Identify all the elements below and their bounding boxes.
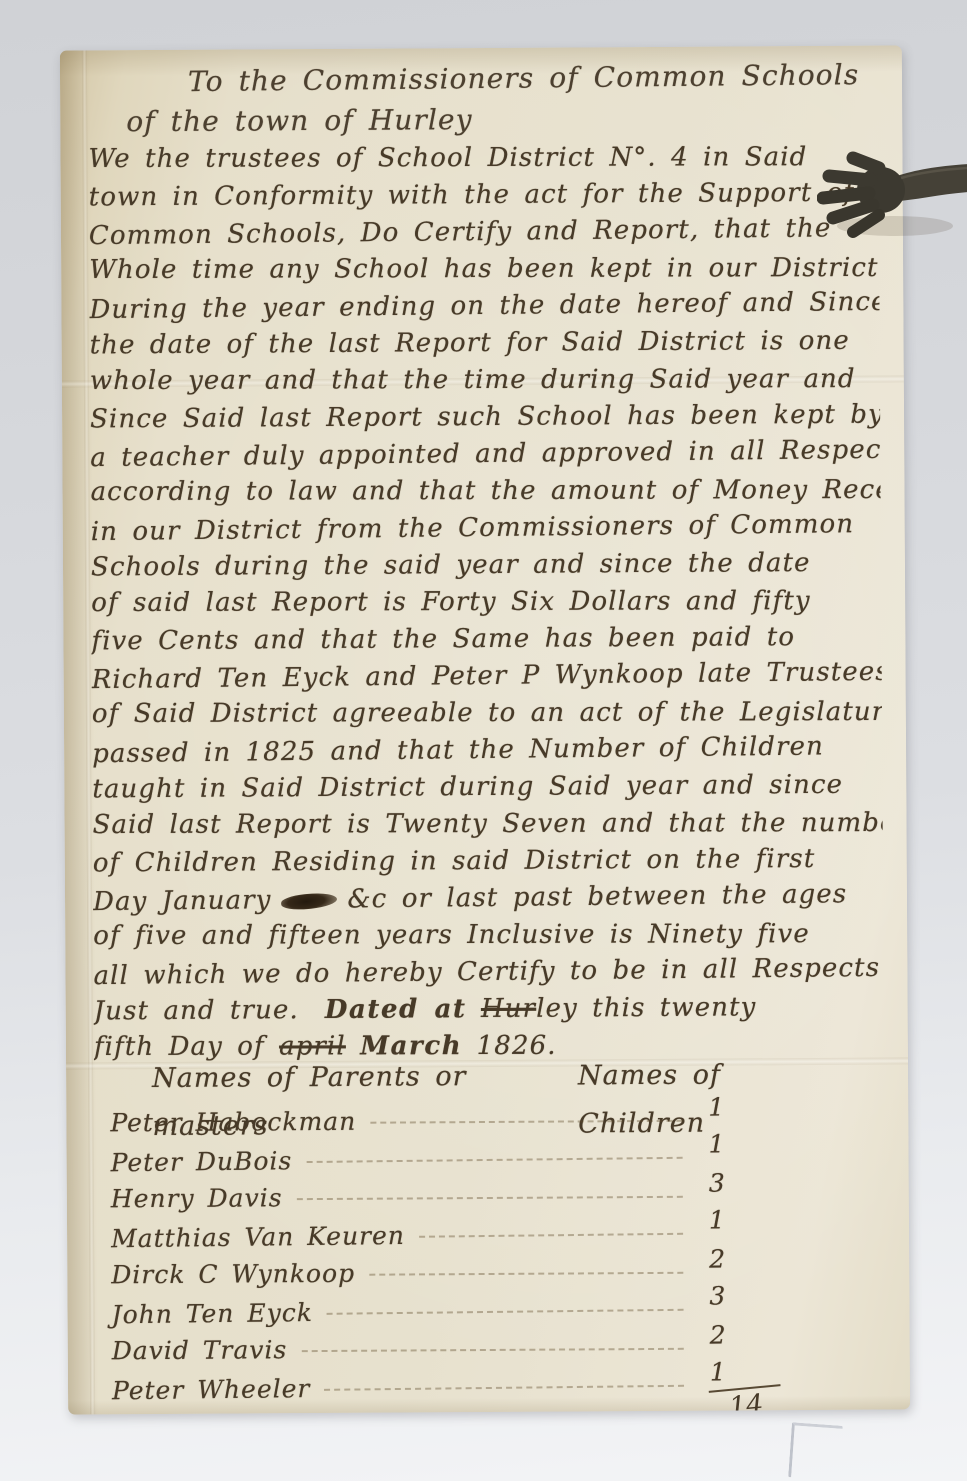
letter-line: Common Schools, Do Certify and Report, t… (89, 210, 879, 255)
dated-at-text: Dated at (325, 994, 467, 1025)
letter-line: taught in Said District during Said year… (92, 767, 882, 809)
parent-name: Peter Wheeler (96, 1374, 311, 1405)
closing-text: this twenty (592, 992, 756, 1023)
letter-line: of five and fifteen years Inclusive is N… (93, 916, 883, 955)
letter-line: Whole time any School has been kept in o… (89, 250, 879, 289)
children-count: 3 (697, 1279, 879, 1310)
dash-leader (327, 1309, 684, 1315)
letter-line: whole year and that the time during Said… (90, 361, 880, 400)
letter-line: of said last Report is Forty Six Dollars… (91, 583, 881, 622)
children-count: 1 (696, 1127, 878, 1158)
letter-line: a teacher duly appointed and approved in… (90, 432, 880, 477)
photo-background: To the Commissioners of Common Schools o… (0, 0, 967, 1481)
letter-line-text: &c or last past between the ages (347, 879, 847, 914)
roster-header-parents: Names of Parents or masters (152, 1052, 578, 1103)
dash-leader (296, 1196, 682, 1200)
letter-line: Schools during the said year and since t… (91, 545, 881, 587)
document-paper: To the Commissioners of Common Schools o… (60, 45, 910, 1414)
children-count: 1 (698, 1355, 880, 1386)
dash-leader (419, 1233, 683, 1238)
ink-scribble (281, 891, 338, 911)
dash-leader (369, 1272, 683, 1276)
struck-word: Hur (481, 994, 536, 1024)
letter-line-text: Day January (93, 885, 272, 917)
children-count: 3 (697, 1167, 879, 1197)
children-roster: Names of Parents or masters Names of Chi… (94, 1051, 880, 1408)
letter-line: of Said District agreeable to an act of … (92, 694, 882, 733)
bronze-hand-page-holder-icon (817, 148, 967, 244)
closing-text: Just and true. (94, 995, 299, 1026)
parent-name: Peter Habockman (94, 1106, 356, 1137)
letter-line-with-scribble: Day January&c or last past between the a… (93, 876, 883, 921)
letter-line: We the trustees of School District N°. 4… (88, 139, 878, 178)
place-text: ley (536, 993, 578, 1023)
dash-leader (324, 1385, 684, 1391)
children-count: 2 (697, 1243, 879, 1273)
children-count: 1 (697, 1203, 879, 1234)
letter-line: Said last Report is Twenty Seven and tha… (93, 805, 883, 844)
letter-body: To the Commissioners of Common Schools o… (88, 56, 884, 1068)
parent-name: Dirck C Wynkoop (95, 1258, 355, 1289)
letter-closing-line: Just and true.Dated at Hurley this twent… (94, 989, 884, 1031)
parent-name: John Ten Eyck (95, 1297, 313, 1328)
letter-heading-line: To the Commissioners of Common Schools (88, 54, 878, 103)
parent-name: Peter DuBois (94, 1146, 292, 1177)
parent-name: David Travis (96, 1335, 288, 1365)
letter-line: according to law and that the amount of … (90, 472, 880, 511)
dash-leader (301, 1348, 684, 1352)
parent-name: Matthias Van Keuren (95, 1220, 405, 1253)
parent-name: Henry Davis (95, 1183, 283, 1213)
children-count: 1 (696, 1091, 878, 1121)
dash-leader (306, 1157, 682, 1163)
letter-heading-line: of the town of Hurley (88, 97, 878, 143)
letter-line: Richard Ten Eyck and Peter P Wynkoop lat… (92, 654, 882, 699)
faint-pencil-mark (788, 1422, 843, 1480)
letter-line: the date of the last Report for Said Dis… (90, 323, 880, 365)
children-count: 2 (698, 1319, 880, 1349)
